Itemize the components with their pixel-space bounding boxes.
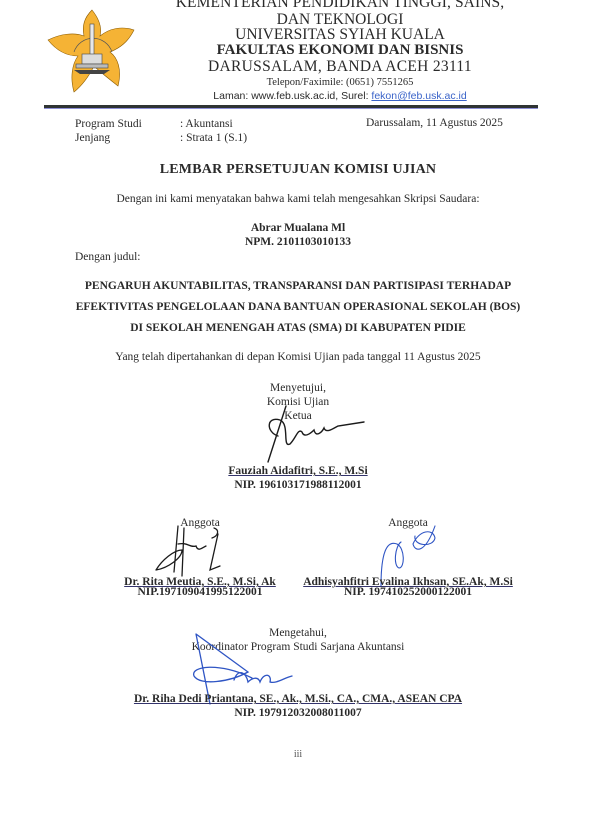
member1-signature [148, 520, 228, 580]
page-title: LEMBAR PERSETUJUAN KOMISI UJIAN [0, 162, 596, 178]
thesis-title-line-2: EFEKTIVITAS PENGELOLAAN DANA BANTUAN OPE… [20, 297, 576, 318]
approved-label: Menyetujui, [0, 381, 596, 395]
chair-name: Fauziah Aidafitri, S.E., M.Si [0, 464, 596, 478]
web-email-line: Laman: www.feb.usk.ac.id, Surel: fekon@f… [150, 90, 530, 102]
coordinator-name-text: Dr. Riha Dedi Priantana, SE., Ak., M.Si.… [134, 693, 462, 705]
ministry-line-1: KEMENTERIAN PENDIDIKAN TINGGI, SAINS, [150, 0, 530, 11]
program-label: Program Studi [75, 117, 142, 131]
thesis-title-line-3: DI SEKOLAH MENENGAH ATAS (SMA) DI KABUPA… [20, 318, 576, 339]
thesis-title-line-1: PENGARUH AKUNTABILITAS, TRANSPARANSI DAN… [20, 276, 576, 297]
thesis-title: PENGARUH AKUNTABILITAS, TRANSPARANSI DAN… [20, 276, 576, 339]
defense-statement: Yang telah dipertahankan di depan Komisi… [0, 351, 596, 363]
email-link[interactable]: fekon@feb.usk.ac.id [371, 90, 466, 102]
place-date: Darussalam, 11 Agustus 2025 [366, 117, 503, 129]
member2-nip: NIP. 197410252000122001 [296, 586, 520, 598]
coordinator-nip: NIP. 197912032008011007 [0, 706, 596, 720]
level-label: Jenjang [75, 131, 110, 145]
chair-signature [260, 398, 370, 470]
university-emblem-icon [44, 6, 140, 96]
coordinator-name: Dr. Riha Dedi Priantana, SE., Ak., M.Si.… [0, 692, 596, 706]
page-number: iii [0, 749, 596, 760]
faculty-name: FAKULTAS EKONOMI DAN BISNIS [150, 42, 530, 59]
letterhead-divider [44, 105, 538, 109]
intro-statement: Dengan ini kami menyatakan bahwa kami te… [0, 193, 596, 205]
chair-nip: NIP. 196103171988112001 [0, 478, 596, 492]
level-value: : Strata 1 (S.1) [180, 131, 247, 145]
student-name: Abrar Mualana Ml [0, 222, 596, 234]
faculty-address: DARUSSALAM, BANDA ACEH 23111 [150, 58, 530, 75]
chair-name-text: Fauziah Aidafitri, S.E., M.Si [228, 465, 367, 477]
phone-line: Telepon/Faximile: (0651) 7551265 [150, 77, 530, 89]
student-npm: NPM. 2101103010133 [0, 236, 596, 248]
member1-nip: NIP.197109041995122001 [100, 586, 300, 598]
title-label: Dengan judul: [75, 251, 140, 263]
program-value: : Akuntansi [180, 117, 233, 131]
web-text: Laman: www.feb.usk.ac.id, Surel: [213, 90, 371, 102]
university-name: UNIVERSITAS SYIAH KUALA [150, 26, 530, 43]
